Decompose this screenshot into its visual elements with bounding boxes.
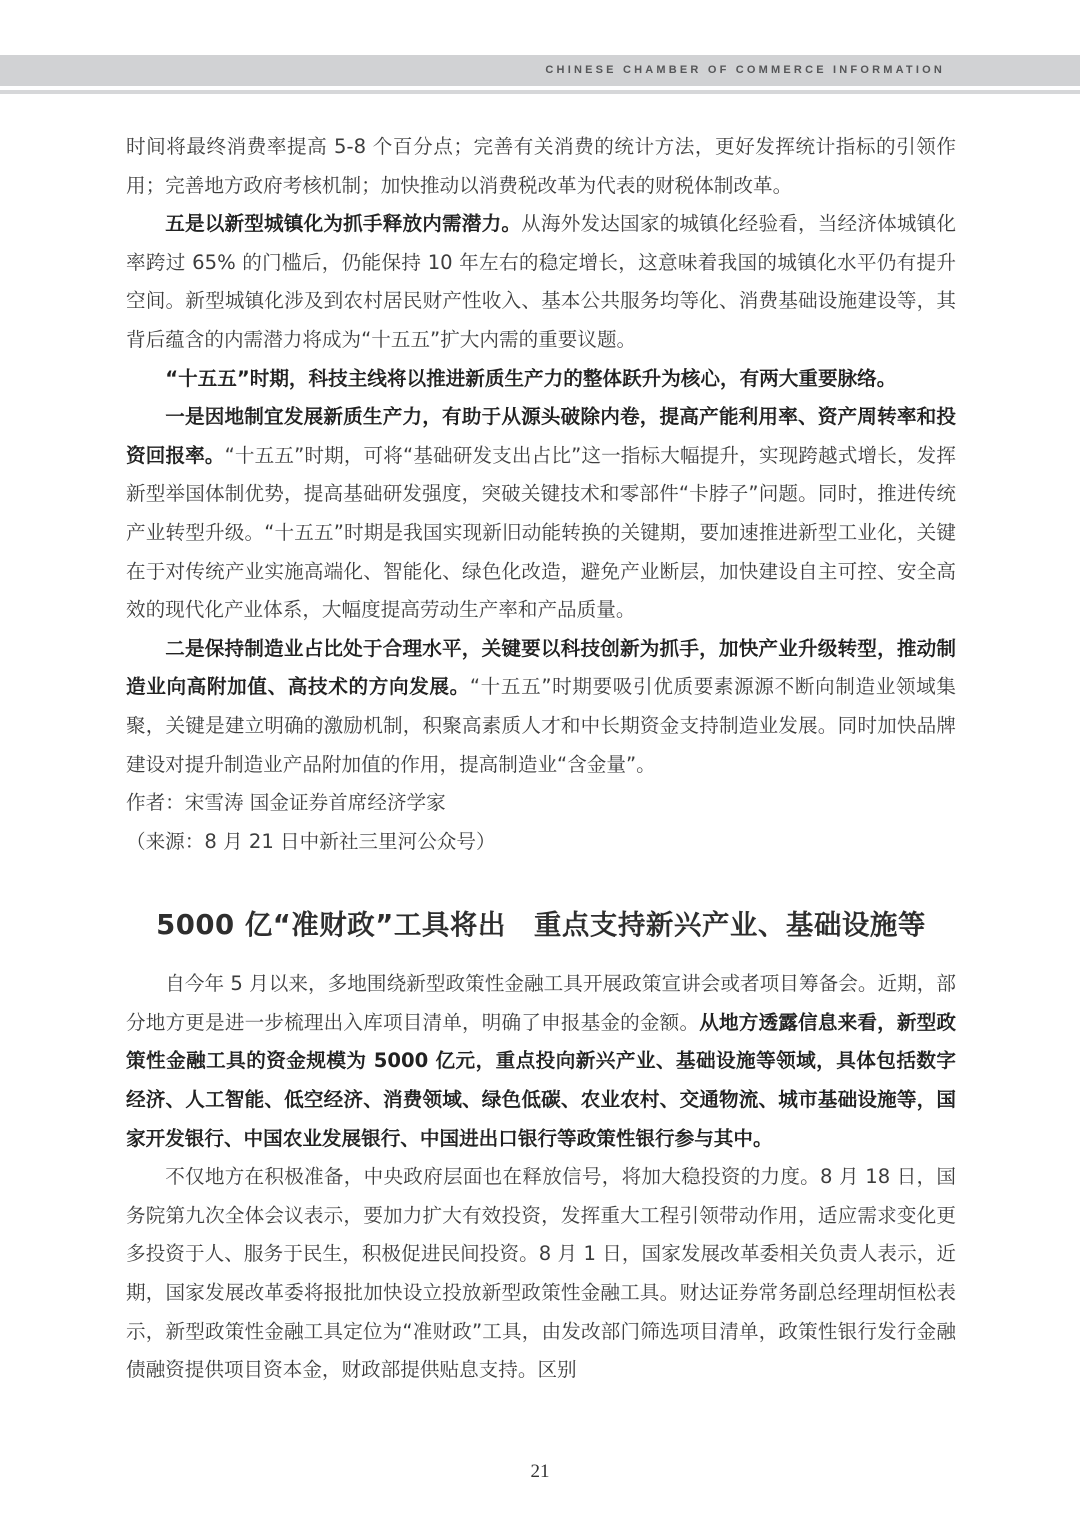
paragraph-text: “十五五”时期，可将“基础研发支出占比”这一指标大幅提升，实现跨越式增长，发挥新… <box>126 444 956 621</box>
author-line: 作者：宋雪涛 国金证券首席经济学家 <box>126 784 956 823</box>
paragraph-lead: 五是以新型城镇化为抓手释放内需潜力。 <box>165 212 521 235</box>
paragraph: 五是以新型城镇化为抓手释放内需潜力。从海外发达国家的城镇化经验看，当经济体城镇化… <box>126 205 956 359</box>
page-content: 时间将最终消费率提高 5-8 个百分点；完善有关消费的统计方法，更好发挥统计指标… <box>126 128 956 1390</box>
paragraph: 一是因地制宜发展新质生产力，有助于从源头破除内卷，提高产能利用率、资产周转率和投… <box>126 398 956 630</box>
paragraph: 自今年 5 月以来，多地围绕新型政策性金融工具开展政策宣讲会或者项目筹备会。近期… <box>126 965 956 1158</box>
paragraph: “十五五”时期，科技主线将以推进新质生产力的整体跃升为核心，有两大重要脉络。 <box>126 360 956 399</box>
paragraph: 时间将最终消费率提高 5-8 个百分点；完善有关消费的统计方法，更好发挥统计指标… <box>126 128 956 205</box>
paragraph: 二是保持制造业占比处于合理水平，关键要以科技创新为抓手，加快产业升级转型，推动制… <box>126 630 956 784</box>
publication-name: CHINESE CHAMBER OF COMMERCE INFORMATION <box>545 64 945 76</box>
header-band: CHINESE CHAMBER OF COMMERCE INFORMATION <box>0 55 1080 86</box>
article-title: 5000 亿“准财政”工具将出 重点支持新兴产业、基础设施等 <box>126 905 956 945</box>
source-line: （来源：8 月 21 日中新社三里河公众号） <box>126 823 956 862</box>
page-number: 21 <box>0 1461 1080 1483</box>
header-divider <box>0 90 1080 94</box>
paragraph: 不仅地方在积极准备，中央政府层面也在释放信号，将加大稳投资的力度。8 月 18 … <box>126 1158 956 1390</box>
paragraph-lead: “十五五”时期，科技主线将以推进新质生产力的整体跃升为核心，有两大重要脉络。 <box>165 367 896 390</box>
paragraph-text: 不仅地方在积极准备，中央政府层面也在释放信号，将加大稳投资的力度。8 月 18 … <box>126 1165 956 1381</box>
paragraph-text: 时间将最终消费率提高 5-8 个百分点；完善有关消费的统计方法，更好发挥统计指标… <box>126 135 956 197</box>
